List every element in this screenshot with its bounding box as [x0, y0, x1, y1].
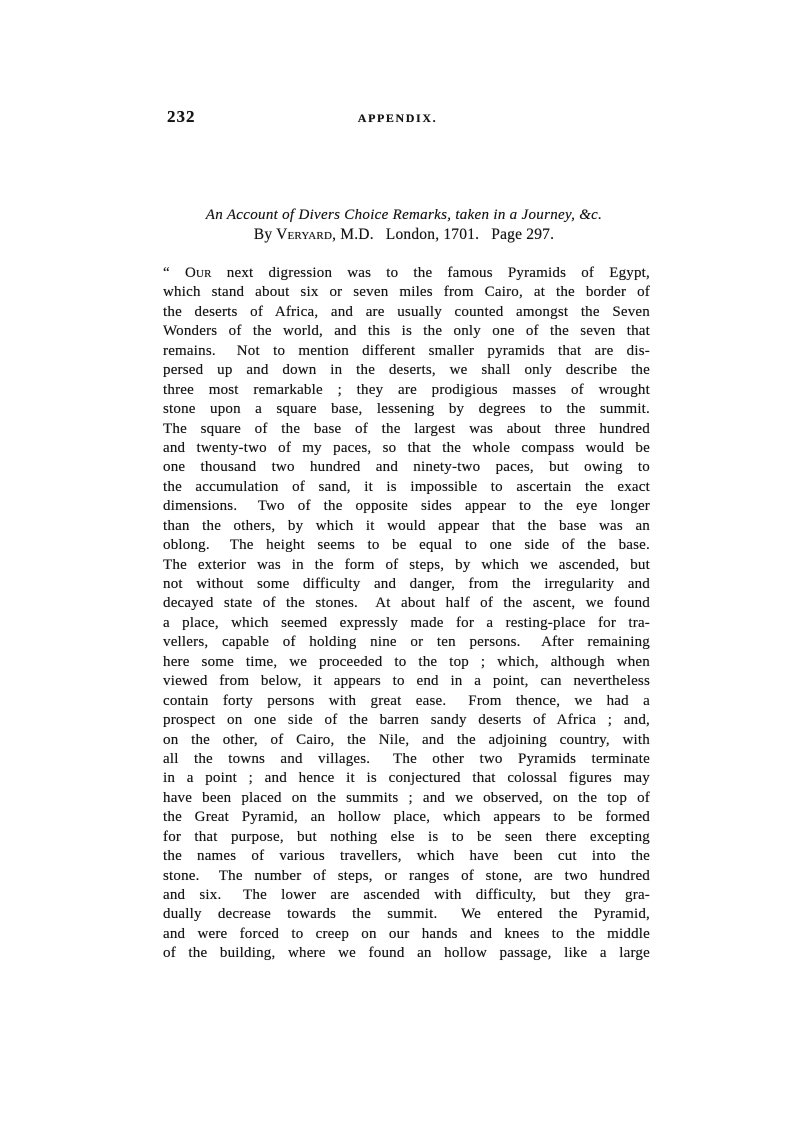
- text-line: which stand about six or seven miles fro…: [163, 283, 650, 302]
- first-line-rest: next digression was to the famous Pyrami…: [212, 265, 650, 281]
- text-line: stone upon a square base, lessening by d…: [163, 400, 650, 419]
- text-line: one thousand two hundred and ninety-two …: [163, 458, 650, 477]
- body-text: “ Our next digression was to the famous …: [163, 264, 650, 964]
- text-line: vellers, capable of holding nine or ten …: [163, 633, 650, 652]
- text-line: dimensions. Two of the opposite sides ap…: [163, 497, 650, 516]
- text-line: persed up and down in the deserts, we sh…: [163, 361, 650, 380]
- text-line: The exterior was in the form of steps, b…: [163, 556, 650, 575]
- text-line: and six. The lower are ascended with dif…: [163, 886, 650, 905]
- running-head: APPENDIX.: [163, 111, 632, 126]
- section-heading: An Account of Divers Choice Remarks, tak…: [158, 205, 650, 245]
- text-line: all the towns and villages. The other tw…: [163, 750, 650, 769]
- page-header: 232 APPENDIX.: [163, 107, 650, 129]
- text-line: not without some difficulty and danger, …: [163, 575, 650, 594]
- first-word-smallcaps: ur: [196, 265, 212, 281]
- opening-quote-and-cap: “ O: [163, 265, 196, 281]
- text-line: for that purpose, but nothing else is to…: [163, 828, 650, 847]
- work-citation: By Veryard, M.D. London, 1701. Page 297.: [158, 225, 650, 245]
- text-line: on the other, of Cairo, the Nile, and th…: [163, 731, 650, 750]
- work-title: An Account of Divers Choice Remarks, tak…: [158, 205, 650, 225]
- text-line: here some time, we proceeded to the top …: [163, 653, 650, 672]
- text-line: the Great Pyramid, an hollow place, whic…: [163, 808, 650, 827]
- text-line: prospect on one side of the barren sandy…: [163, 711, 650, 730]
- text-line: the accumulation of sand, it is impossib…: [163, 478, 650, 497]
- text-line: a place, which seemed expressly made for…: [163, 614, 650, 633]
- text-line: viewed from below, it appears to end in …: [163, 672, 650, 691]
- text-line: have been placed on the summits ; and we…: [163, 789, 650, 808]
- citation-author: eryard: [287, 226, 332, 243]
- text-line: The square of the base of the largest wa…: [163, 420, 650, 439]
- citation-prefix: By V: [254, 226, 288, 243]
- text-line: remains. Not to mention different smalle…: [163, 342, 650, 361]
- text-line: of the building, where we found an hollo…: [163, 944, 650, 963]
- citation-details: , M.D. London, 1701. Page 297.: [332, 226, 554, 243]
- text-line: dually decrease towards the summit. We e…: [163, 905, 650, 924]
- text-line: “ Our next digression was to the famous …: [163, 264, 650, 283]
- text-line: and were forced to creep on our hands an…: [163, 925, 650, 944]
- text-line: stone. The number of steps, or ranges of…: [163, 867, 650, 886]
- text-line: than the others, by which it would appea…: [163, 517, 650, 536]
- text-line: the deserts of Africa, and are usually c…: [163, 303, 650, 322]
- text-line: in a point ; and hence it is conjectured…: [163, 769, 650, 788]
- text-line: the names of various travellers, which h…: [163, 847, 650, 866]
- book-page: 232 APPENDIX. An Account of Divers Choic…: [0, 0, 801, 1143]
- text-line: contain forty persons with great ease. F…: [163, 692, 650, 711]
- text-line: and twenty-two of my paces, so that the …: [163, 439, 650, 458]
- text-line: decayed state of the stones. At about ha…: [163, 594, 650, 613]
- text-line: three most remarkable ; they are prodigi…: [163, 381, 650, 400]
- text-line: oblong. The height seems to be equal to …: [163, 536, 650, 555]
- text-line: Wonders of the world, and this is the on…: [163, 322, 650, 341]
